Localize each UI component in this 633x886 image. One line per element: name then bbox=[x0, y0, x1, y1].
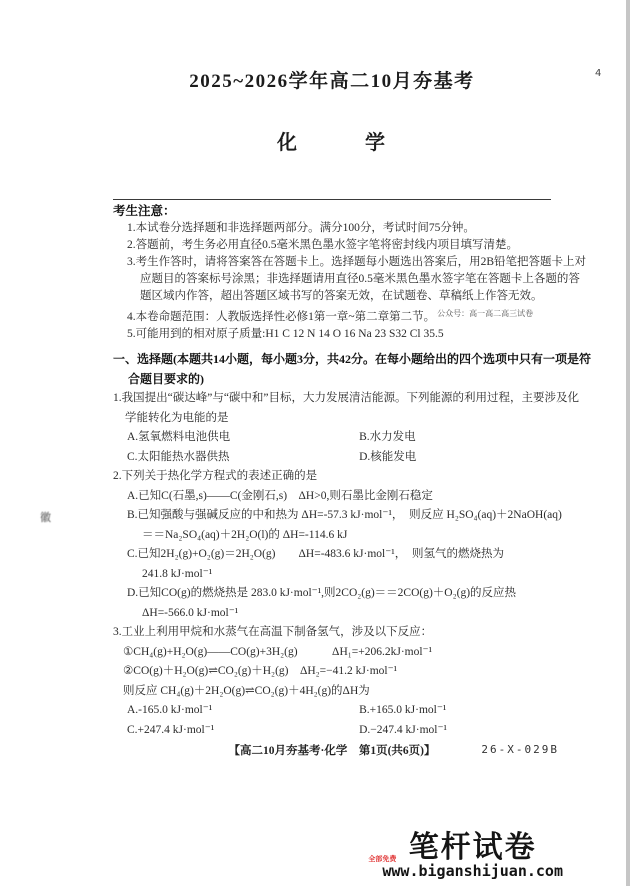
notice-item-3-line-1: 3.考生作答时，请将答案答在答题卡上。选择题每小题选出答案后，用2B铅笔把答题卡… bbox=[113, 254, 551, 271]
question-3-stem: 3.工业上利用甲烷和水蒸气在高温下制备氢气，涉及以下反应： bbox=[113, 623, 551, 643]
candidate-notice: 考生注意： 1.本试卷分选择题和非选择题两部分。满分100分，考试时间75分钟。… bbox=[113, 199, 551, 343]
notice-item-3-line-3: 题区域内作答，超出答题区域书写的答案无效，在试题卷、草稿纸上作答无效。 bbox=[113, 288, 551, 305]
question-2-option-b-line-1: B.已知强酸与强碱反应的中和热为 ΔH=-57.3 kJ·mol⁻¹， 则反应 … bbox=[113, 506, 551, 526]
watermark-free-tag: 全部免费 bbox=[368, 854, 396, 864]
watermark-brand: 笔杆试卷 bbox=[382, 833, 563, 863]
section-heading-line-2: 合题目要求的) bbox=[113, 370, 551, 390]
question-2-stem: 2.下列关于热化学方程式的表述正确的是 bbox=[113, 467, 551, 487]
exam-title: 2025~2026学年高二10月夯基考 bbox=[113, 66, 551, 93]
notice-item-4-wechat-note: 公众号：高一高二高三试卷 bbox=[435, 309, 533, 318]
notice-item-2: 2.答题前，考生务必用直径0.5毫米黑色墨水签字笔将密封线内项目填写清楚。 bbox=[113, 237, 551, 254]
footer-paper-code: 26-X-029B bbox=[481, 743, 559, 756]
exam-paper-page: 4 徽 2025~2026学年高二10月夯基考 化 学 考生注意： 1.本试卷分… bbox=[0, 0, 633, 886]
page-corner-mark: 4 bbox=[595, 68, 601, 79]
question-area: 一、选择题(本题共14小题，每小题3分，共42分。在每小题给出的四个选项中只有一… bbox=[113, 350, 551, 740]
question-2-option-c-line-1: C.已知2H₂(g)+O₂(g)＝2H₂O(g) ΔH=-483.6 kJ·mo… bbox=[113, 545, 551, 565]
question-3-options: A.-165.0 kJ·mol⁻¹ B.+165.0 kJ·mol⁻¹ C.+2… bbox=[113, 701, 551, 740]
left-margin-stamp: 徽 bbox=[40, 509, 51, 525]
question-1-option-c: C.太阳能热水器供热 bbox=[113, 448, 345, 468]
question-3-option-a: A.-165.0 kJ·mol⁻¹ bbox=[113, 701, 345, 721]
notice-item-3-line-2: 应题目的答案标号涂黑；非选择题请用直径0.5毫米黑色墨水签字笔在答题卡上各题的答 bbox=[113, 271, 551, 288]
scan-edge-strip bbox=[626, 0, 630, 886]
question-1-option-a: A.氢氧燃料电池供电 bbox=[113, 428, 345, 448]
question-2-option-a: A.已知C(石墨,s)——C(金刚石,s) ΔH>0,则石墨比金刚石稳定 bbox=[113, 487, 551, 507]
page-footer: 【高二10月夯基考·化学 第1页(共6页)】 26-X-029B bbox=[113, 742, 551, 758]
site-watermark: 全部免费 笔杆试卷 www.biganshijuan.com bbox=[382, 833, 563, 880]
question-3-equation-1: ①CH₄(g)+H₂O(g)——CO(g)+3H₂(g) ΔH₁=+206.2k… bbox=[113, 643, 551, 663]
question-2-option-d-line-1: D.已知CO(g)的燃烧热是 283.0 kJ·mol⁻¹,则2CO₂(g)＝＝… bbox=[113, 584, 551, 604]
notice-item-4: 4.本卷命题范围：人教版选择性必修1第一章~第二章第二节。公众号：高一高二高三试… bbox=[113, 305, 551, 326]
question-1-stem-line-2: 学能转化为电能的是 bbox=[113, 409, 551, 429]
question-3-option-b: B.+165.0 kJ·mol⁻¹ bbox=[345, 701, 551, 721]
question-2-option-c-line-2: 241.8 kJ·mol⁻¹ bbox=[113, 565, 551, 585]
section-heading-line-1: 一、选择题(本题共14小题，每小题3分，共42分。在每小题给出的四个选项中只有一… bbox=[113, 350, 551, 370]
question-1-options: A.氢氧燃料电池供电 B.水力发电 C.太阳能热水器供热 D.核能发电 bbox=[113, 428, 551, 467]
notice-heading: 考生注意： bbox=[113, 203, 551, 220]
notice-item-1: 1.本试卷分选择题和非选择题两部分。满分100分，考试时间75分钟。 bbox=[113, 220, 551, 237]
notice-item-4-text: 4.本卷命题范围：人教版选择性必修1第一章~第二章第二节。 bbox=[127, 311, 435, 323]
watermark-url: www.biganshijuan.com bbox=[382, 863, 563, 880]
question-3-option-d: D.−247.4 kJ·mol⁻¹ bbox=[345, 721, 551, 741]
question-1-option-b: B.水力发电 bbox=[345, 428, 551, 448]
question-3-target-reaction: 则反应 CH₄(g)＋2H₂O(g)⇌CO₂(g)＋4H₂(g)的ΔH为 bbox=[113, 682, 551, 702]
notice-item-5: 5.可能用到的相对原子质量:H1 C 12 N 14 O 16 Na 23 S3… bbox=[113, 326, 551, 343]
question-2-option-b-line-2: ＝＝Na₂SO₄(aq)＋2H₂O(l)的 ΔH=-114.6 kJ bbox=[113, 526, 551, 546]
question-3-equation-2: ②CO(g)＋H₂O(g)⇌CO₂(g)＋H₂(g) ΔH₂=−41.2 kJ·… bbox=[113, 662, 551, 682]
question-1-option-d: D.核能发电 bbox=[345, 448, 551, 468]
question-2-option-d-line-2: ΔH=-566.0 kJ·mol⁻¹ bbox=[113, 604, 551, 624]
question-3-option-c: C.+247.4 kJ·mol⁻¹ bbox=[113, 721, 345, 741]
question-1-stem-line-1: 1.我国提出“碳达峰”与“碳中和”目标，大力发展清洁能源。下列能源的利用过程，主… bbox=[113, 389, 551, 409]
exam-subject: 化 学 bbox=[113, 126, 551, 155]
